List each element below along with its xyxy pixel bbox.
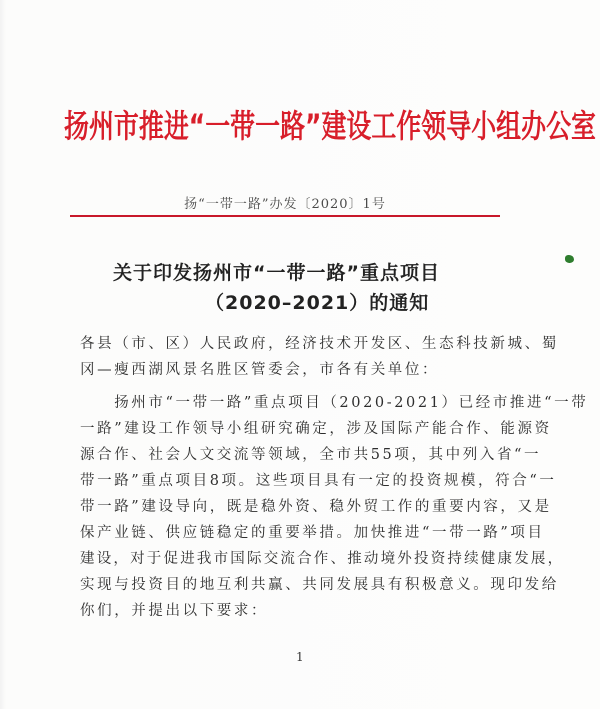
body-line: 一路”建设工作领导小组研究确定，涉及国际产能合作、能源资 [80, 417, 520, 438]
document-number: 扬“一带一路”办发〔2020〕1号 [0, 193, 570, 212]
green-mark-spot [565, 255, 574, 263]
page-number: 1 [296, 650, 304, 664]
body-line: 源合作、社会人文交流等领域，全市共55项，其中列入省“一 [80, 443, 520, 464]
red-divider-line [70, 215, 500, 217]
body-line: 冈—瘦西湖风景名胜区管委会，市各有关单位： [80, 358, 520, 379]
body-line: 建设，对于促进我市国际交流合作、推动境外投资持续健康发展， [80, 547, 520, 568]
body-line: 你们，并提出以下要求： [80, 599, 520, 620]
document-page: 扬州市推进“一带一路”建设工作领导小组办公室 扬“一带一路”办发〔2020〕1号… [0, 0, 600, 709]
body-line: 保产业链、供应链稳定的重要举措。加快推进“一带一路”项目 [80, 521, 520, 542]
body-line: 扬州市“一带一路”重点项目（2020-2021）已经市推进“一带 [80, 391, 520, 412]
masthead-title: 扬州市推进“一带一路”建设工作领导小组办公室 [64, 96, 431, 156]
body-line: 实现与投资目的地互利共赢、共同发展具有积极意义。现印发给 [80, 573, 520, 594]
body-line: 带一路”重点项目8项。这些项目具有一定的投资规模，符合“一 [80, 469, 520, 490]
notice-title-line-2: （2020–2021）的通知 [205, 288, 600, 315]
body-line: 各县（市、区）人民政府，经济技术开发区、生态科技新城、蜀 [80, 332, 520, 353]
notice-title-line-1: 关于印发扬州市“一带一路”重点项目 [113, 258, 600, 285]
body-line: 带一路”建设导向，既是稳外资、稳外贸工作的重要内容，又是 [80, 495, 520, 516]
